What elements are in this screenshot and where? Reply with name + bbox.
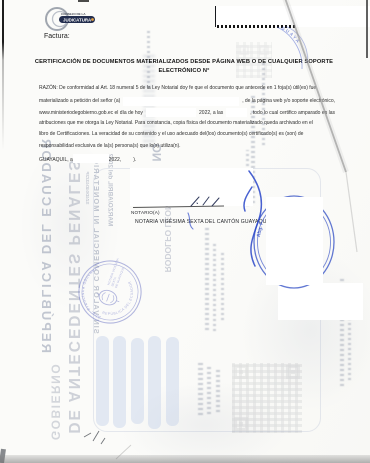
fold-crease (285, 0, 357, 252)
scan-edge-bottom-band (0, 455, 370, 463)
scan-edge-left (2, 0, 4, 150)
ink-artifact-overlay (0, 0, 370, 463)
signature-flourish (188, 171, 261, 266)
handwritten-initials (191, 197, 219, 206)
scan-edge-right (366, 0, 368, 58)
scanned-document: REPÚBLICA DEL ECUADOR DE ANTECEDENTES PE… (0, 0, 370, 463)
signature-line (133, 206, 224, 208)
scan-edge-top-mark (78, 0, 89, 2)
